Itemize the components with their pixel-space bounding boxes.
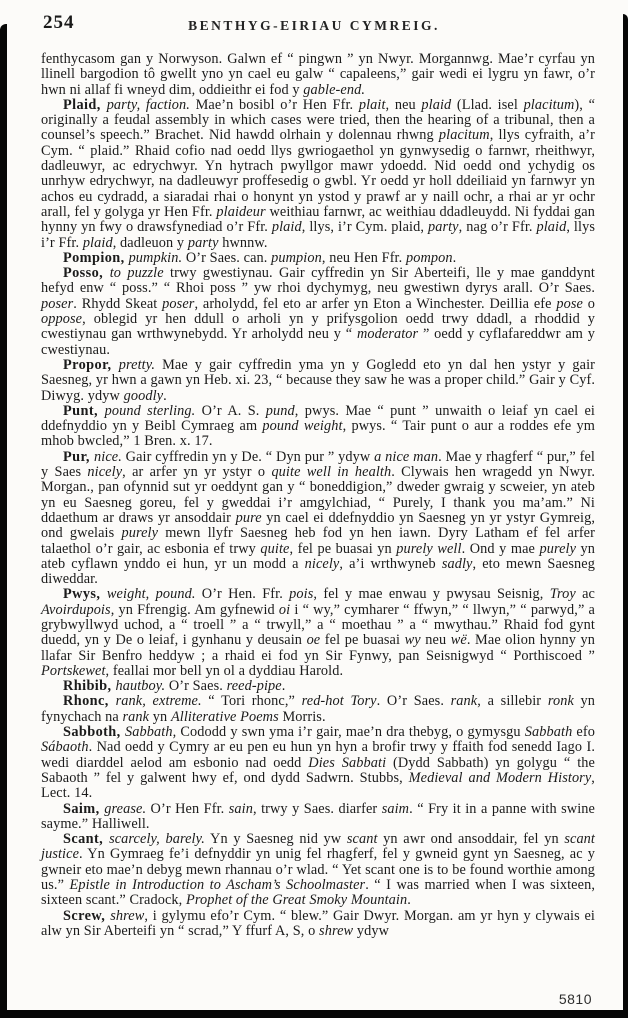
italic-text-run: hautboy. bbox=[115, 678, 165, 694]
italic-text-run: party bbox=[428, 219, 459, 235]
italic-text-run: plaideur bbox=[216, 204, 265, 220]
italic-text-run: plaid bbox=[272, 219, 302, 235]
italic-text-run: rank bbox=[451, 693, 478, 709]
text-run: O’r Hen. Ffr. bbox=[196, 586, 290, 602]
italic-text-run: party, faction. bbox=[107, 97, 190, 113]
entry-punt: Punt, pound sterling. O’r A. S. pund, pw… bbox=[41, 404, 595, 450]
italic-text-run: scarcely, barely. bbox=[109, 831, 205, 847]
text-run: fel pe buasai bbox=[320, 632, 404, 648]
entry-pwys: Pwys, weight, pound. O’r Hen. Ffr. pois,… bbox=[41, 587, 595, 679]
text-run: ydyw bbox=[353, 923, 389, 939]
entry-headword: Punt, bbox=[63, 403, 105, 419]
entry-headword: Posso, bbox=[63, 265, 110, 281]
page-text: fenthycasom gan y Norwyson. Galwn ef “ p… bbox=[41, 52, 595, 939]
italic-text-run: Dies Sabbati bbox=[308, 755, 386, 771]
entry-rhonc: Rhonc, rank, extreme. “ Tori rhonc,” red… bbox=[41, 694, 595, 725]
italic-text-run: rank bbox=[122, 709, 149, 725]
entry-headword: Plaid, bbox=[63, 97, 107, 113]
italic-text-run: nicely bbox=[87, 464, 122, 480]
entry-scant: Scant, scarcely, barely. Yn y Saesneg ni… bbox=[41, 832, 595, 908]
italic-text-run: shrew bbox=[110, 908, 144, 924]
italic-text-run: purely bbox=[539, 541, 576, 557]
text-run: , trwy y Saes. diarfer bbox=[253, 801, 382, 817]
italic-text-run: placitum bbox=[439, 127, 490, 143]
italic-text-run: pound weight bbox=[262, 418, 342, 434]
entry-screw: Screw, shrew, i gylymu efo’r Cym. “ blew… bbox=[41, 909, 595, 940]
italic-text-run: reed-pipe bbox=[227, 678, 282, 694]
entry-propor: Propor, pretty. Mae y gair cyffredin yma… bbox=[41, 358, 595, 404]
italic-text-run: rank, extreme. bbox=[116, 693, 202, 709]
text-run: , yn Ffrengig. Am gyfnewid bbox=[111, 602, 279, 618]
entry-headword: Pwys, bbox=[63, 586, 107, 602]
paragraph-pingwn-continuation: fenthycasom gan y Norwyson. Galwn ef “ p… bbox=[41, 52, 595, 98]
italic-text-run: pund bbox=[266, 403, 295, 419]
italic-text-run: purely well bbox=[396, 541, 461, 557]
italic-text-run: pound sterling. bbox=[105, 403, 196, 419]
italic-text-run: plait, bbox=[359, 97, 389, 113]
italic-text-run: quite bbox=[260, 541, 289, 557]
italic-text-run: Sabbath, bbox=[125, 724, 176, 740]
entry-headword: Rhibib, bbox=[63, 678, 115, 694]
entry-rhibib: Rhibib, hautboy. O’r Saes. reed-pipe. bbox=[41, 679, 595, 694]
italic-text-run: a nice man bbox=[374, 449, 438, 465]
italic-text-run: ronk bbox=[548, 693, 574, 709]
italic-text-run: Sábaoth bbox=[41, 739, 89, 755]
running-title: BENTHYG-EIRIAU CYMREIG. bbox=[0, 18, 628, 34]
italic-text-run: scant bbox=[347, 831, 378, 847]
text-run: efo bbox=[572, 724, 595, 740]
text-run: , neu Hen Ffr. bbox=[322, 250, 406, 266]
scan-edge-right bbox=[623, 14, 628, 1018]
italic-text-run: pretty. bbox=[119, 357, 155, 373]
entry-headword: Saim, bbox=[63, 801, 104, 817]
italic-text-run: plaid bbox=[536, 219, 566, 235]
text-run: . Ond y mae bbox=[462, 541, 540, 557]
text-run: O’r Saes. bbox=[165, 678, 226, 694]
text-run: , arholydd, fel eto ar arfer yn Eton a W… bbox=[194, 296, 556, 312]
text-run: , fel pe buasai yn bbox=[289, 541, 396, 557]
text-run: . bbox=[453, 250, 457, 266]
italic-text-run: Avoirdupois bbox=[41, 602, 111, 618]
text-run: , a’i wrthwyneb bbox=[339, 556, 441, 572]
italic-text-run: quite well in health bbox=[271, 464, 391, 480]
entry-headword: Sabboth, bbox=[63, 724, 125, 740]
entry-headword: Scant, bbox=[63, 831, 109, 847]
italic-text-run: poser bbox=[41, 296, 73, 312]
italic-text-run: Alliterative Poems bbox=[171, 709, 279, 725]
italic-text-run: red-hot Tory bbox=[302, 693, 377, 709]
italic-text-run: pompon bbox=[406, 250, 453, 266]
entry-posso: Posso, to puzzle trwy gwestiynau. Gair c… bbox=[41, 266, 595, 358]
italic-text-run: shrew bbox=[319, 923, 353, 939]
text-run: , nag o’r Ffr. bbox=[459, 219, 537, 235]
italic-text-run: pois bbox=[289, 586, 313, 602]
italic-text-run: saim bbox=[382, 801, 409, 817]
italic-text-run: Prophet of the Great Smoky Mountain bbox=[186, 892, 407, 908]
italic-text-run: pose bbox=[556, 296, 583, 312]
text-run: . bbox=[163, 388, 167, 404]
italic-text-run: Troy bbox=[550, 586, 576, 602]
italic-text-run: wë bbox=[451, 632, 467, 648]
italic-text-run: Medieval and Modern History bbox=[409, 770, 592, 786]
text-run: neu bbox=[389, 97, 421, 113]
text-run: Yn y Saesneg nid yw bbox=[205, 831, 347, 847]
entry-saim: Saim, grease. O’r Hen Ffr. sain, trwy y … bbox=[41, 802, 595, 833]
scan-edge-left bbox=[0, 24, 7, 1018]
text-run: Morris. bbox=[279, 709, 326, 725]
italic-text-run: wy bbox=[405, 632, 421, 648]
text-run: (Llad. isel bbox=[451, 97, 523, 113]
italic-text-run: pumpkin. bbox=[129, 250, 183, 266]
text-run: o bbox=[583, 296, 595, 312]
text-run: Gair cyffredin yn y De. “ Dyn pur ” ydyw bbox=[122, 449, 374, 465]
italic-text-run: Portskewet bbox=[41, 663, 106, 679]
italic-text-run: Epistle in Introduction to Ascham’s Scho… bbox=[69, 877, 365, 893]
entry-pur: Pur, nice. Gair cyffredin yn y De. “ Dyn… bbox=[41, 450, 595, 588]
italic-text-run: purely bbox=[121, 525, 158, 541]
scan-sequence-number: 5810 bbox=[559, 991, 592, 1007]
entry-headword: Screw, bbox=[63, 908, 110, 924]
text-run: Cododd y swn yma i’r gair, mae’n dra the… bbox=[176, 724, 524, 740]
text-run: hwnnw. bbox=[219, 235, 268, 251]
italic-text-run: weight, pound. bbox=[107, 586, 196, 602]
italic-text-run: nicely bbox=[305, 556, 340, 572]
text-run: . bbox=[407, 892, 411, 908]
text-run: “ Tori rhonc,” bbox=[202, 693, 302, 709]
italic-text-run: pure bbox=[236, 510, 262, 526]
italic-text-run: plaid bbox=[421, 97, 451, 113]
italic-text-run: nice. bbox=[94, 449, 122, 465]
italic-text-run: pumpion bbox=[271, 250, 322, 266]
italic-text-run: placitum bbox=[524, 97, 575, 113]
italic-text-run: goodly bbox=[124, 388, 164, 404]
italic-text-run: to puzzle bbox=[110, 265, 164, 281]
italic-text-run: sadly bbox=[442, 556, 473, 572]
text-run: . O’r Saes. bbox=[377, 693, 451, 709]
text-run: O’r Hen Ffr. bbox=[146, 801, 229, 817]
text-run: neu bbox=[421, 632, 451, 648]
entry-headword: Propor, bbox=[63, 357, 119, 373]
italic-text-run: sain bbox=[229, 801, 253, 817]
italic-text-run: Sabbath bbox=[525, 724, 573, 740]
scan-edge-bottom bbox=[0, 1010, 628, 1018]
italic-text-run: party bbox=[188, 235, 219, 251]
italic-text-run: gable-end. bbox=[303, 82, 365, 98]
italic-text-run: moderator bbox=[357, 326, 418, 342]
text-run: yn bbox=[149, 709, 171, 725]
italic-text-run: oe bbox=[307, 632, 321, 648]
entry-sabboth: Sabboth, Sabbath, Cododd y swn yma i’r g… bbox=[41, 725, 595, 801]
text-run: . bbox=[282, 678, 286, 694]
entry-headword: Pur, bbox=[63, 449, 94, 465]
text-run: , a sillebir bbox=[477, 693, 548, 709]
text-run: , fel y mae enwau y pwysau Seisnig, bbox=[313, 586, 549, 602]
italic-text-run: oppose bbox=[41, 311, 82, 327]
text-run: , dadleuon y bbox=[113, 235, 188, 251]
italic-text-run: poser bbox=[162, 296, 194, 312]
text-run: . Rhydd Skeat bbox=[73, 296, 162, 312]
italic-text-run: oi bbox=[279, 602, 290, 618]
text-run: yn awr ond ansoddair, fel yn bbox=[378, 831, 565, 847]
entry-pompion: Pompion, pumpkin. O’r Saes. can. pumpion… bbox=[41, 251, 595, 266]
text-run: O’r A. S. bbox=[195, 403, 265, 419]
text-run: O’r Saes. can. bbox=[182, 250, 271, 266]
text-run: , feallai mor bell yn ol a dyddiau Harol… bbox=[106, 663, 344, 679]
entry-headword: Rhonc, bbox=[63, 693, 116, 709]
book-page-scan: 254 BENTHYG-EIRIAU CYMREIG. fenthycasom … bbox=[0, 0, 628, 1018]
text-run: Mae’n bosibl o’r Hen Ffr. bbox=[190, 97, 359, 113]
italic-text-run: plaid bbox=[83, 235, 113, 251]
text-run: , ar arfer yn yr ystyr o bbox=[122, 464, 271, 480]
text-run: , llys, i’r Cym. plaid, bbox=[302, 219, 428, 235]
entry-headword: Pompion, bbox=[63, 250, 129, 266]
italic-text-run: grease. bbox=[104, 801, 146, 817]
text-run: ac bbox=[576, 586, 595, 602]
entry-plaid: Plaid, party, faction. Mae’n bosibl o’r … bbox=[41, 98, 595, 251]
